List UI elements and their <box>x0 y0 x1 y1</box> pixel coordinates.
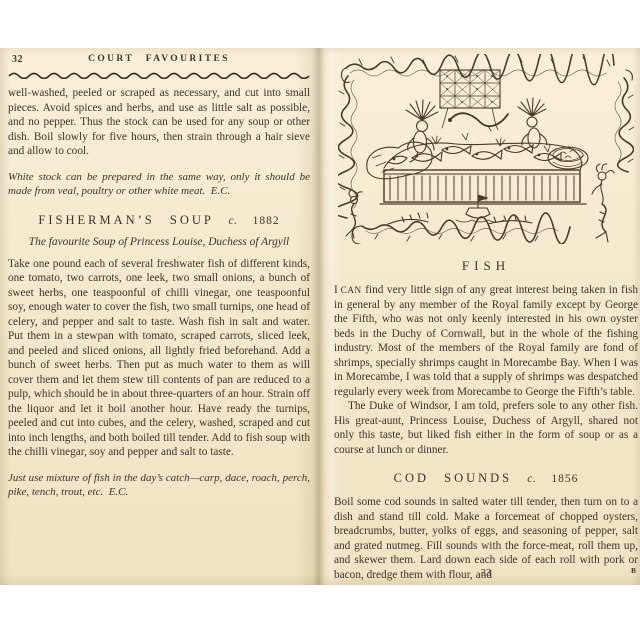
left-page: 32 COURT FAVOURITES well-washed, peeled … <box>8 54 310 579</box>
recipe-year: 1882 <box>253 215 280 227</box>
palm-figure-left <box>406 100 438 162</box>
cod-year: 1856 <box>551 473 578 485</box>
cod-sounds-heading: COD SOUNDS c. 1856 <box>334 471 638 486</box>
recipe-body: Take one pound each of several freshwate… <box>8 257 310 460</box>
lead-capital: I <box>334 284 338 296</box>
fishermans-soup-heading: FISHERMAN’S SOUP c. 1882 <box>8 213 310 228</box>
days-catch-note: Just use mixture of fish in the day’s ca… <box>8 471 310 500</box>
left-page-header: 32 COURT FAVOURITES <box>8 54 310 69</box>
stock-paragraph: well-washed, peeled or scraped as necess… <box>8 86 310 159</box>
right-page-footer: 33 <box>334 568 638 579</box>
cod-title: COD SOUNDS <box>394 471 513 485</box>
seaweed-frame <box>338 54 634 244</box>
fish-intro-paragraph: I CAN find very little sign of any great… <box>334 283 638 399</box>
rock-slab <box>367 142 432 179</box>
lead-smallcaps: CAN <box>341 285 362 295</box>
palm-figure-right <box>518 98 547 148</box>
signature-mark: B <box>631 566 636 575</box>
fish-stall-illustration <box>338 54 634 244</box>
white-stock-note: White stock can be prepared in the same … <box>8 170 310 199</box>
open-book-photo: 32 COURT FAVOURITES well-washed, peeled … <box>0 48 640 585</box>
recipe-title: FISHERMAN’S SOUP <box>38 213 213 227</box>
cod-circa: c. <box>527 473 536 485</box>
fish-chapter-title: FISH <box>334 258 638 274</box>
recipe-circa: c. <box>228 215 237 227</box>
left-page-number: 32 <box>12 54 23 65</box>
mermaid-figure-right <box>592 164 614 242</box>
small-ship <box>456 195 504 222</box>
fish-intro-text: find very little sign of any great inter… <box>334 284 638 398</box>
recipe-subtitle: The favourite Soup of Princess Louise, D… <box>8 236 310 248</box>
illustration-wrap <box>338 54 634 249</box>
wavy-rule-ornament <box>8 71 310 79</box>
mermaid-figure-left <box>346 190 362 238</box>
right-page: FISH I CAN find very little sign of any … <box>334 54 638 581</box>
right-page-number: 33 <box>481 568 492 579</box>
duke-of-windsor-paragraph: The Duke of Windsor, I am told, prefers … <box>334 399 638 457</box>
book-photo-canvas: 32 COURT FAVOURITES well-washed, peeled … <box>0 0 640 640</box>
running-header: COURT FAVOURITES <box>8 54 310 64</box>
